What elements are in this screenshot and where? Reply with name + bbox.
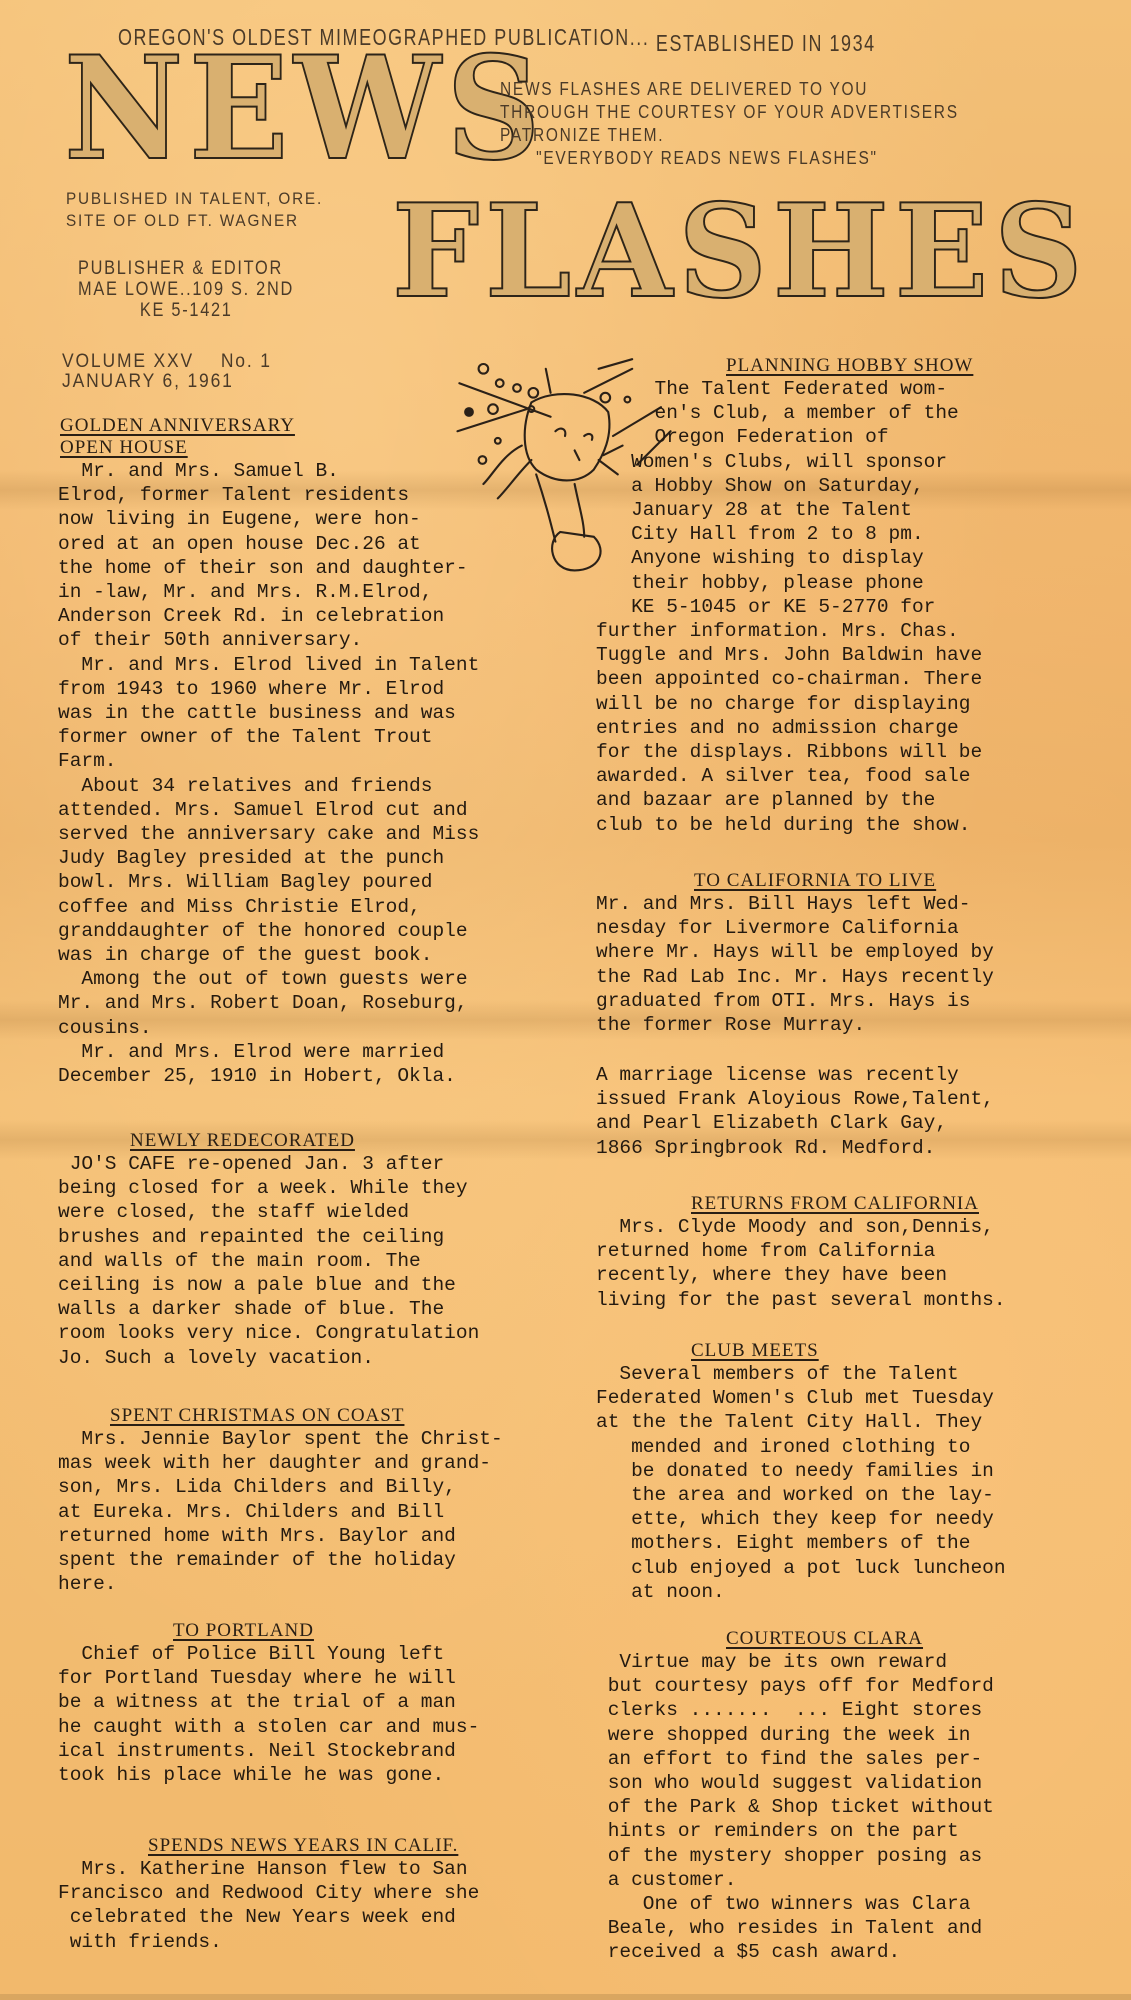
issue-date: JANUARY 6, 1961 (62, 372, 272, 392)
article-line: cousins. (58, 1016, 479, 1040)
article-line: Women's Clubs, will sponsor (596, 450, 982, 474)
article-line: mended and ironed clothing to (596, 1435, 1006, 1459)
article-line: bowl. Mrs. William Bagley poured (58, 870, 479, 894)
article-line: JO'S CAFE re-opened Jan. 3 after (58, 1152, 479, 1176)
article-line: here. (58, 1572, 503, 1596)
publisher-info: PUBLISHER & EDITOR MAE LOWE..109 S. 2ND … (78, 258, 294, 321)
article-line: received a $5 cash award. (596, 1940, 994, 1964)
article-line: for the displays. Ribbons will be (596, 740, 982, 764)
article-line: ette, which they keep for needy (596, 1507, 1006, 1531)
article: COURTEOUS CLARA Virtue may be its own re… (596, 1628, 994, 1965)
article-line: club enjoyed a pot luck luncheon (596, 1556, 1006, 1580)
article-line: but courtesy pays off for Medford (596, 1674, 994, 1698)
article-line: of their 50th anniversary. (58, 628, 479, 652)
article-line: Federated Women's Club met Tuesday (596, 1386, 1006, 1410)
article-line: further information. Mrs. Chas. (596, 619, 982, 643)
article-line: hints or reminders on the part (596, 1819, 994, 1843)
article-line: ceiling is now a pale blue and the (58, 1273, 479, 1297)
promo-line: THROUGH THE COURTESY OF YOUR ADVERTISERS (500, 101, 959, 124)
article-line: at noon. (596, 1580, 1006, 1604)
article-headline: TO CALIFORNIA TO LIVE (694, 870, 936, 892)
article-line: a Hobby Show on Saturday, (596, 474, 982, 498)
article: TO CALIFORNIA TO LIVEMr. and Mrs. Bill H… (596, 870, 994, 1037)
article-line: been appointed co-chairman. There (596, 667, 982, 691)
article-line: en's Club, a member of the (596, 401, 982, 425)
article-line: were shopped during the week in (596, 1723, 994, 1747)
article-headline: RETURNS FROM CALIFORNIA (691, 1193, 979, 1215)
article-line: was in charge of the guest book. (58, 943, 479, 967)
article-line: Mrs. Katherine Hanson flew to San (58, 1857, 479, 1881)
article: SPENDS NEWS YEARS IN CALIF. Mrs. Katheri… (58, 1835, 479, 1954)
article-headline: NEWLY REDECORATED (130, 1130, 355, 1152)
article-line: for Portland Tuesday where he will (58, 1666, 479, 1690)
article: GOLDEN ANNIVERSARYOPEN HOUSE Mr. and Mrs… (58, 415, 479, 1088)
article-line: walls a darker shade of blue. The (58, 1297, 479, 1321)
article-line: Mr. and Mrs. Robert Doan, Roseburg, (58, 991, 479, 1015)
newsletter-page: OREGON'S OLDEST MIMEOGRAPHED PUBLICATION… (0, 0, 1131, 2000)
article-line: their hobby, please phone (596, 571, 982, 595)
article-line: took his place while he was gone. (58, 1763, 479, 1787)
article-headline: SPENDS NEWS YEARS IN CALIF. (148, 1835, 458, 1857)
article: TO PORTLAND Chief of Police Bill Young l… (58, 1620, 479, 1787)
article-headline: CLUB MEETS (691, 1340, 819, 1362)
article-line: coffee and Miss Christie Elrod, (58, 895, 479, 919)
article-line: Virtue may be its own reward (596, 1650, 994, 1674)
article-line: and Pearl Elizabeth Clark Gay, (596, 1111, 994, 1135)
article-line: being closed for a week. While they (58, 1176, 479, 1200)
publication-info: PUBLISHED IN TALENT, ORE. SITE OF OLD FT… (66, 188, 323, 232)
article-line: entries and no admission charge (596, 716, 982, 740)
article-headline: OPEN HOUSE (60, 437, 188, 459)
title-news: NEWS (64, 38, 546, 180)
article-line: December 25, 1910 in Hobert, Okla. (58, 1064, 479, 1088)
article-headline: COURTEOUS CLARA (726, 1628, 923, 1650)
article: NEWLY REDECORATED JO'S CAFE re-opened Ja… (58, 1130, 479, 1370)
article-line: son who would suggest validation (596, 1771, 994, 1795)
article-line: The Talent Federated wom- (596, 377, 982, 401)
article-line: KE 5-1045 or KE 5-2770 for (596, 595, 982, 619)
article-line: Mr. and Mrs. Samuel B. (58, 459, 479, 483)
article: RETURNS FROM CALIFORNIA Mrs. Clyde Moody… (596, 1193, 1006, 1312)
article-headline: SPENT CHRISTMAS ON COAST (110, 1405, 404, 1427)
article-line: A marriage license was recently (596, 1063, 994, 1087)
article-line: recently, where they have been (596, 1263, 1006, 1287)
article-line: attended. Mrs. Samuel Elrod cut and (58, 798, 479, 822)
article-line: a customer. (596, 1868, 994, 1892)
title-flashes: FLASHES (392, 188, 1089, 316)
article-headline: TO PORTLAND (173, 1620, 314, 1642)
article-line: Francisco and Redwood City where she (58, 1881, 479, 1905)
article-line: with friends. (58, 1930, 479, 1954)
article-line: living for the past several months. (596, 1288, 1006, 1312)
article-line: Tuggle and Mrs. John Baldwin have (596, 643, 982, 667)
article-line: Among the out of town guests were (58, 967, 479, 991)
article-line: of the mystery shopper posing as (596, 1844, 994, 1868)
article-line: Mrs. Jennie Baylor spent the Christ- (58, 1427, 503, 1451)
article-line: graduated from OTI. Mrs. Hays is (596, 989, 994, 1013)
article-line: returned home with Mrs. Baylor and (58, 1524, 503, 1548)
article-line: Several members of the Talent (596, 1362, 1006, 1386)
article-line: ical instruments. Neil Stockebrand (58, 1739, 479, 1763)
promo-line: NEWS FLASHES ARE DELIVERED TO YOU (500, 78, 959, 101)
article-line: Anyone wishing to display (596, 546, 982, 570)
article-line: January 28 at the Talent (596, 498, 982, 522)
article-line: of the Park & Shop ticket without (596, 1795, 994, 1819)
article-line: from 1943 to 1960 where Mr. Elrod (58, 677, 479, 701)
article-line: Elrod, former Talent residents (58, 483, 479, 507)
article-line: clerks ....... ... Eight stores (596, 1698, 994, 1722)
publisher-label: PUBLISHER & EDITOR (78, 258, 294, 279)
volume-number: VOLUME XXV No. 1 (62, 352, 272, 372)
article-line: About 34 relatives and friends (58, 774, 479, 798)
article-headline: GOLDEN ANNIVERSARY (60, 415, 295, 437)
article: PLANNING HOBBY SHOW The Talent Federated… (596, 355, 982, 837)
article-line: spent the remainder of the holiday (58, 1548, 503, 1572)
article-line: were closed, the staff wielded (58, 1200, 479, 1224)
article-line: brushes and repainted the ceiling (58, 1225, 479, 1249)
article-line: mas week with her daughter and grand- (58, 1451, 503, 1475)
article-line: Mr. and Mrs. Bill Hays left Wed- (596, 892, 994, 916)
article-line: club to be held during the show. (596, 813, 982, 837)
article-line: Judy Bagley presided at the punch (58, 846, 479, 870)
article-line: and bazaar are planned by the (596, 788, 982, 812)
article-line: City Hall from 2 to 8 pm. (596, 522, 982, 546)
article-line: and walls of the main room. The (58, 1249, 479, 1273)
issue-info: VOLUME XXV No. 1 JANUARY 6, 1961 (62, 352, 272, 392)
article: CLUB MEETS Several members of the Talent… (596, 1340, 1006, 1604)
article-line: be donated to needy families in (596, 1459, 1006, 1483)
article-line: served the anniversary cake and Miss (58, 822, 479, 846)
promo-block: NEWS FLASHES ARE DELIVERED TO YOU THROUG… (500, 78, 959, 170)
publisher-address: MAE LOWE..109 S. 2ND (78, 279, 294, 300)
article-line: the former Rose Murray. (596, 1013, 994, 1037)
article-line: former owner of the Talent Trout (58, 725, 479, 749)
article-line: in -law, Mr. and Mrs. R.M.Elrod, (58, 580, 479, 604)
article-line: Oregon Federation of (596, 425, 982, 449)
article-line: at Eureka. Mrs. Childers and Bill (58, 1500, 503, 1524)
article-line: celebrated the New Years week end (58, 1905, 479, 1929)
article-line: an effort to find the sales per- (596, 1747, 994, 1771)
article-line: the Rad Lab Inc. Mr. Hays recently (596, 965, 994, 989)
article-line: Chief of Police Bill Young left (58, 1642, 479, 1666)
article-line: Jo. Such a lovely vacation. (58, 1346, 479, 1370)
article-line: the home of their son and daughter- (58, 556, 479, 580)
promo-line: PATRONIZE THEM. (500, 124, 959, 147)
article-line: nesday for Livermore California (596, 916, 994, 940)
article-line: he caught with a stolen car and mus- (58, 1715, 479, 1739)
article-line: Farm. (58, 749, 479, 773)
article-line: Mrs. Clyde Moody and son,Dennis, (596, 1215, 1006, 1239)
article-line: awarded. A silver tea, food sale (596, 764, 982, 788)
article-line: son, Mrs. Lida Childers and Billy, (58, 1475, 503, 1499)
article-line: at the the Talent City Hall. They (596, 1410, 1006, 1434)
article-line: will be no charge for displaying (596, 692, 982, 716)
article-line: mothers. Eight members of the (596, 1531, 1006, 1555)
page-bottom-edge (0, 1994, 1131, 2000)
site-text: SITE OF OLD FT. WAGNER (66, 210, 323, 232)
article-line: Mr. and Mrs. Elrod were married (58, 1040, 479, 1064)
article-line: granddaughter of the honored couple (58, 919, 479, 943)
article-line: Anderson Creek Rd. in celebration (58, 604, 479, 628)
article-line: Beale, who resides in Talent and (596, 1916, 994, 1940)
article-line: where Mr. Hays will be employed by (596, 940, 994, 964)
article-line: 1866 Springbrook Rd. Medford. (596, 1136, 994, 1160)
published-in: PUBLISHED IN TALENT, ORE. (66, 188, 323, 210)
article-line: One of two winners was Clara (596, 1892, 994, 1916)
article-headline: PLANNING HOBBY SHOW (726, 355, 973, 377)
article-line: the area and worked on the lay- (596, 1483, 1006, 1507)
article: SPENT CHRISTMAS ON COAST Mrs. Jennie Bay… (58, 1405, 503, 1596)
promo-quote: "EVERYBODY READS NEWS FLASHES" (500, 147, 959, 170)
article-line: issued Frank Aloyious Rowe,Talent, (596, 1087, 994, 1111)
article-line: room looks very nice. Congratulation (58, 1321, 479, 1345)
article-line: be a witness at the trial of a man (58, 1690, 479, 1714)
established-text: ESTABLISHED IN 1934 (656, 30, 876, 56)
article-line: returned home from California (596, 1239, 1006, 1263)
article-line: was in the cattle business and was (58, 701, 479, 725)
publisher-phone: KE 5-1421 (78, 300, 294, 321)
article-line: now living in Eugene, were hon- (58, 507, 479, 531)
article-line: ored at an open house Dec.26 at (58, 532, 479, 556)
article-line: Mr. and Mrs. Elrod lived in Talent (58, 653, 479, 677)
article: A marriage license was recentlyissued Fr… (596, 1063, 994, 1160)
